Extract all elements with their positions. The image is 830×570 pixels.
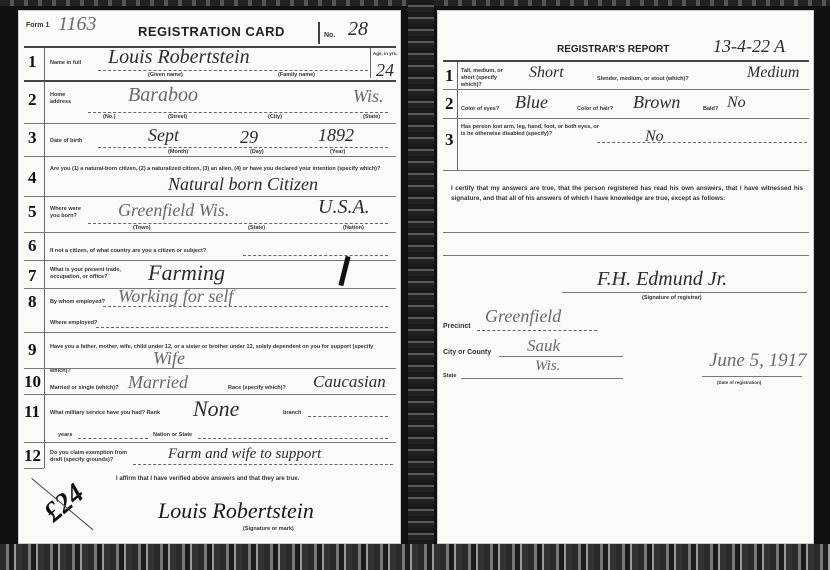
form-number: 1163: [58, 13, 97, 36]
back-row-3-number: 3: [445, 130, 454, 150]
registrant-signature: Louis Robertstein: [158, 498, 314, 524]
exemption-claim: Farm and wife to support: [168, 446, 321, 463]
affirmation-text: I affirm that I have verified above answ…: [116, 476, 299, 483]
row-8-label-2: Where employed?: [50, 320, 97, 327]
employer: Working for self: [118, 286, 233, 307]
precinct-value: Greenfield: [485, 306, 561, 327]
registration-date: June 5, 1917: [709, 350, 807, 372]
hair-color: Brown: [633, 92, 680, 113]
bald: No: [727, 94, 746, 112]
height: Short: [529, 64, 564, 82]
row-7-number: 7: [28, 266, 37, 286]
row-3-number: 3: [28, 128, 37, 148]
report-title: REGISTRAR'S REPORT: [557, 44, 669, 55]
row-11-label-branch: branch: [283, 410, 301, 417]
signature-caption: (Signature or mark): [243, 526, 294, 533]
military-service: None: [193, 396, 239, 422]
home-state: Wis.: [353, 86, 384, 107]
row-8-label: By whom employed?: [50, 299, 105, 306]
report-code: 13-4-22 A: [713, 36, 785, 57]
row-12-label: Do you claim exemption from draft (speci…: [50, 450, 130, 464]
row-2-label: Home address: [50, 92, 70, 106]
card-title: REGISTRATION CARD: [138, 24, 285, 39]
back-row-1-label: Tall, medium, or short (specify which)?: [461, 68, 516, 89]
build: Medium: [747, 64, 799, 82]
registration-card-back: REGISTRAR'S REPORT 13-4-22 A 1 Tall, med…: [437, 10, 814, 544]
row-3-label: Date of birth: [50, 138, 82, 145]
row-5-number: 5: [28, 202, 37, 222]
eye-color: Blue: [515, 92, 548, 113]
row-2-sub-state: (State): [363, 114, 380, 121]
birth-month: Sept: [148, 125, 179, 146]
row-12-number: 12: [24, 446, 41, 466]
row-2-sub-no: (No.): [103, 114, 116, 121]
birth-nation: U.S.A.: [318, 196, 370, 219]
row-3-sub-month: (Month): [168, 149, 188, 156]
row-10-number: 10: [24, 372, 41, 392]
row-2-number: 2: [28, 90, 37, 110]
state-value: Wis.: [535, 358, 560, 375]
age-label: Age, in yrs.: [373, 50, 397, 57]
row-11-label: What military service have you had? Rank: [50, 410, 160, 417]
citizenship: Natural born Citizen: [168, 174, 318, 195]
row-6-number: 6: [28, 236, 37, 256]
registration-card-front: Form 1 1163 REGISTRATION CARD No. 28 1 N…: [18, 10, 401, 544]
row-10-label-2: Race (specify which)?: [228, 385, 286, 392]
registrar-signature: F.H. Edmund Jr.: [597, 268, 727, 291]
row-3-sub-year: (Year): [330, 149, 345, 156]
home-address: Baraboo: [128, 84, 198, 107]
card-number-label: No.: [324, 32, 335, 39]
age-value: 24: [376, 60, 394, 81]
film-divider: [408, 0, 434, 570]
row-3-sub-day: (Day): [250, 149, 264, 156]
back-row-2-label-2: Color of hair?: [577, 106, 613, 113]
back-row-3-label: Has person lost arm, leg, hand, foot, or…: [461, 124, 601, 138]
row-9-number: 9: [28, 340, 37, 360]
form-label: Form 1: [26, 22, 49, 29]
row-11-label-nation: Nation or State: [153, 432, 192, 439]
film-edge-bottom: [0, 544, 830, 570]
back-row-2-label: Color of eyes?: [461, 106, 499, 113]
disability: No: [645, 128, 664, 146]
back-row-1-number: 1: [445, 66, 454, 86]
race: Caucasian: [313, 372, 386, 392]
row-5-sub-state: (State): [248, 225, 265, 232]
corner-stamp: £24: [24, 468, 109, 553]
row-11-number: 11: [24, 402, 40, 422]
city-label: City or County: [443, 349, 491, 356]
row-2-sub-city: (City): [268, 114, 282, 121]
birthplace: Greenfield Wis.: [118, 200, 229, 221]
registrar-caption: (Signature of registrar): [642, 295, 702, 302]
state-label: State: [443, 373, 456, 380]
row-5-sub-nation: (Nation): [343, 225, 364, 232]
birth-day: 29: [240, 127, 258, 148]
certification-text: I certify that my answers are true, that…: [451, 184, 803, 204]
precinct-label: Precinct: [443, 323, 471, 330]
row-11-label-years: years: [58, 432, 72, 439]
date-caption: (Date of registration): [717, 379, 761, 386]
back-row-1-label-2: Slender, medium, or stout (which)?: [597, 76, 689, 83]
marital-status: Married: [128, 372, 188, 393]
back-row-2-label-3: Bald?: [703, 106, 718, 113]
row-1-number: 1: [28, 52, 37, 72]
row-6-label: If not a citizen, of what country are yo…: [50, 248, 206, 255]
row-8-number: 8: [28, 292, 37, 312]
dependents: Wife: [153, 348, 185, 369]
row-1-sub-given: (Given name): [148, 72, 183, 79]
row-1-sub-family: (Family name): [278, 72, 315, 79]
full-name: Louis Robertstein: [108, 46, 250, 69]
row-10-label: Married or single (which)?: [50, 385, 118, 392]
row-1-label: Name in full: [50, 60, 81, 67]
birth-year: 1892: [318, 125, 354, 146]
row-5-sub-town: (Town): [133, 225, 151, 232]
city-value: Sauk: [527, 336, 560, 356]
row-5-label: Where were you born?: [50, 206, 90, 220]
card-number: 28: [348, 18, 368, 41]
row-4-number: 4: [28, 168, 37, 188]
row-2-sub-street: (Street): [168, 114, 187, 121]
back-row-2-number: 2: [445, 94, 454, 114]
occupation: Farming: [148, 260, 225, 286]
row-7-label: What is your present trade, occupation, …: [50, 267, 130, 281]
